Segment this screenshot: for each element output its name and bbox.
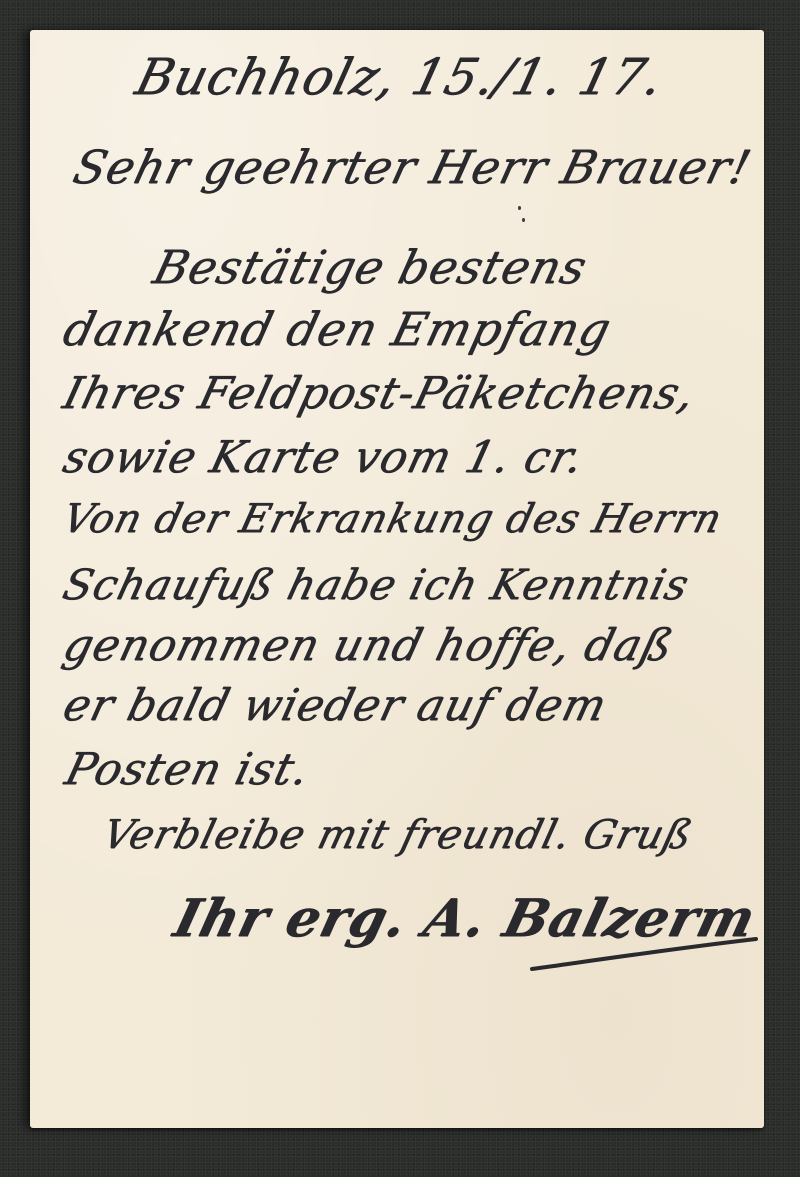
- body-line-8: er bald wieder auf dem: [58, 680, 612, 731]
- body-line-7: genommen und hoffe, daß: [58, 620, 679, 671]
- signature-underline-flourish: [530, 935, 760, 975]
- body-line-3: Ihres Feldpost-Päketchens,: [58, 368, 700, 419]
- body-line-5: Von der Erkrankung des Herrn: [58, 496, 727, 542]
- body-line-4: sowie Karte vom 1. cr.: [58, 432, 589, 483]
- ink-speck: [518, 206, 521, 210]
- salutation-line: Sehr geehrter Herr Brauer!: [68, 140, 757, 194]
- body-line-2: dankend den Empfang: [58, 302, 617, 356]
- postcard: Buchholz, 15./1. 17. Sehr geehrter Herr …: [30, 30, 764, 1128]
- date-line: Buchholz, 15./1. 17.: [130, 48, 670, 106]
- body-line-1: Bestätige bestens: [148, 240, 593, 294]
- ink-speck: [522, 218, 525, 222]
- closing-line: Verbleibe mit freundl. Gruß: [98, 812, 697, 858]
- body-line-9: Posten ist.: [60, 744, 315, 795]
- body-line-6: Schaufuß habe ich Kenntnis: [58, 560, 694, 609]
